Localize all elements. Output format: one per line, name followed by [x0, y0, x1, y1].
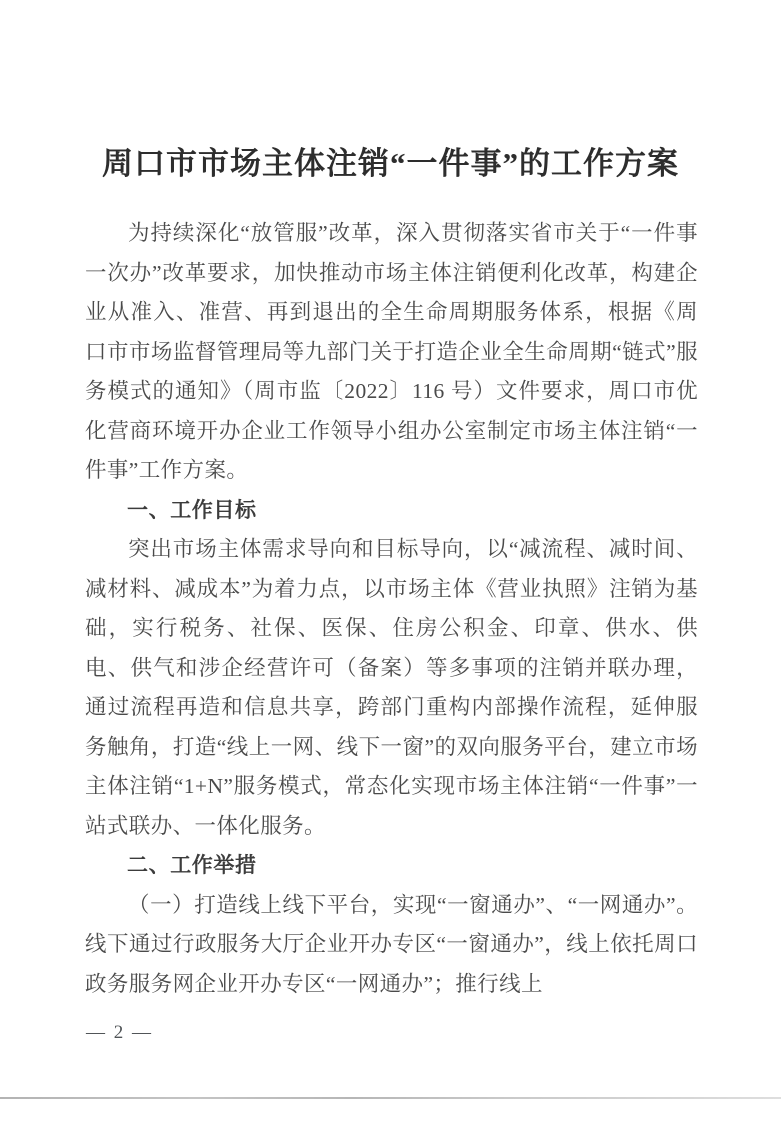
section-heading-work-measures: 二、工作举措 [85, 846, 698, 886]
document-body: 为持续深化“放管服”改革，深入贯彻落实省市关于“一件事一次办”改革要求，加快推动… [85, 214, 698, 1004]
paragraph-work-measures: （一）打造线上线下平台，实现“一窗通办”、“一网通办”。线下通过行政服务大厅企业… [85, 886, 698, 1005]
scanned-document-page: 周口市市场主体注销“一件事”的工作方案 为持续深化“放管服”改革，深入贯彻落实省… [0, 0, 781, 1121]
document-title: 周口市市场主体注销“一件事”的工作方案 [0, 138, 781, 183]
paragraph-work-goals: 突出市场主体需求导向和目标导向，以“减流程、减时间、减材料、减成本”为着力点，以… [85, 530, 698, 846]
scan-edge-line [0, 1097, 781, 1099]
section-heading-work-goals: 一、工作目标 [85, 491, 698, 531]
paragraph-intro: 为持续深化“放管服”改革，深入贯彻落实省市关于“一件事一次办”改革要求，加快推动… [85, 214, 698, 491]
page-number: — 2 — [86, 1022, 153, 1044]
